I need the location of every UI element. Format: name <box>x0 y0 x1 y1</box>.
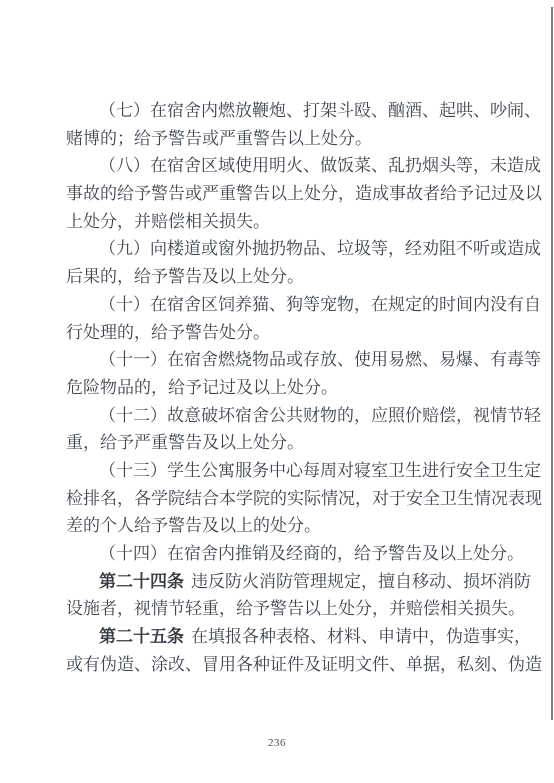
text-line: （七）在宿舍内燃放鞭炮、打架斗殴、酗酒、起哄、吵闹、 <box>66 97 540 125</box>
text-line: 事故的给予警告或严重警告以上处分，造成事故者给予记过及以 <box>66 180 540 208</box>
text-line: 后果的，给予警告及以上处分。 <box>66 263 540 291</box>
document-page: （七）在宿舍内燃放鞭炮、打架斗殴、酗酒、起哄、吵闹、赌博的；给予警告或严重警告以… <box>0 0 554 783</box>
text-line: 赌博的；给予警告或严重警告以上处分。 <box>66 125 540 153</box>
text-line: 第二十四条违反防火消防管理规定，擅自移动、损坏消防 <box>66 568 540 596</box>
clause-number: 第二十四条 <box>99 572 184 591</box>
text-line: 设施者，视情节轻重，给予警告以上处分，并赔偿相关损失。 <box>66 595 540 623</box>
text-line: 检排名，各学院结合本学院的实际情况，对于安全卫生情况表现 <box>66 485 540 513</box>
text-line: 差的个人给予警告及以上的处分。 <box>66 512 540 540</box>
text-line: 危险物品的，给予记过及以上处分。 <box>66 374 540 402</box>
text-line: （九）向楼道或窗外抛扔物品、垃圾等，经劝阻不听或造成 <box>66 235 540 263</box>
text-line: 第二十五条在填报各种表格、材料、申请中，伪造事实， <box>66 623 540 651</box>
page-number: 236 <box>0 737 554 749</box>
text-line: （八）在宿舍区域使用明火、做饭菜、乱扔烟头等，未造成 <box>66 152 540 180</box>
clause-number: 第二十五条 <box>99 627 184 646</box>
text-line: 上处分，并赔偿相关损失。 <box>66 208 540 236</box>
text-line: 重，给予严重警告及以上处分。 <box>66 429 540 457</box>
text-line: （十）在宿舍区饲养猫、狗等宠物，在规定的时间内没有自 <box>66 291 540 319</box>
document-text-block: （七）在宿舍内燃放鞭炮、打架斗殴、酗酒、起哄、吵闹、赌博的；给予警告或严重警告以… <box>66 97 540 678</box>
text-line: 或有伪造、涂改、冒用各种证件及证明文件、单据，私刻、伪造 <box>66 651 540 679</box>
text-line: （十三）学生公寓服务中心每周对寝室卫生进行安全卫生定 <box>66 457 540 485</box>
text-line: 行处理的，给予警告处分。 <box>66 319 540 347</box>
text-line: （十一）在宿舍燃烧物品或存放、使用易燃、易爆、有毒等 <box>66 346 540 374</box>
text-line: （十四）在宿舍内推销及经商的，给予警告及以上处分。 <box>66 540 540 568</box>
page-right-edge-line <box>551 7 553 720</box>
text-line: （十二）故意破坏宿舍公共财物的，应照价赔偿，视情节轻 <box>66 402 540 430</box>
